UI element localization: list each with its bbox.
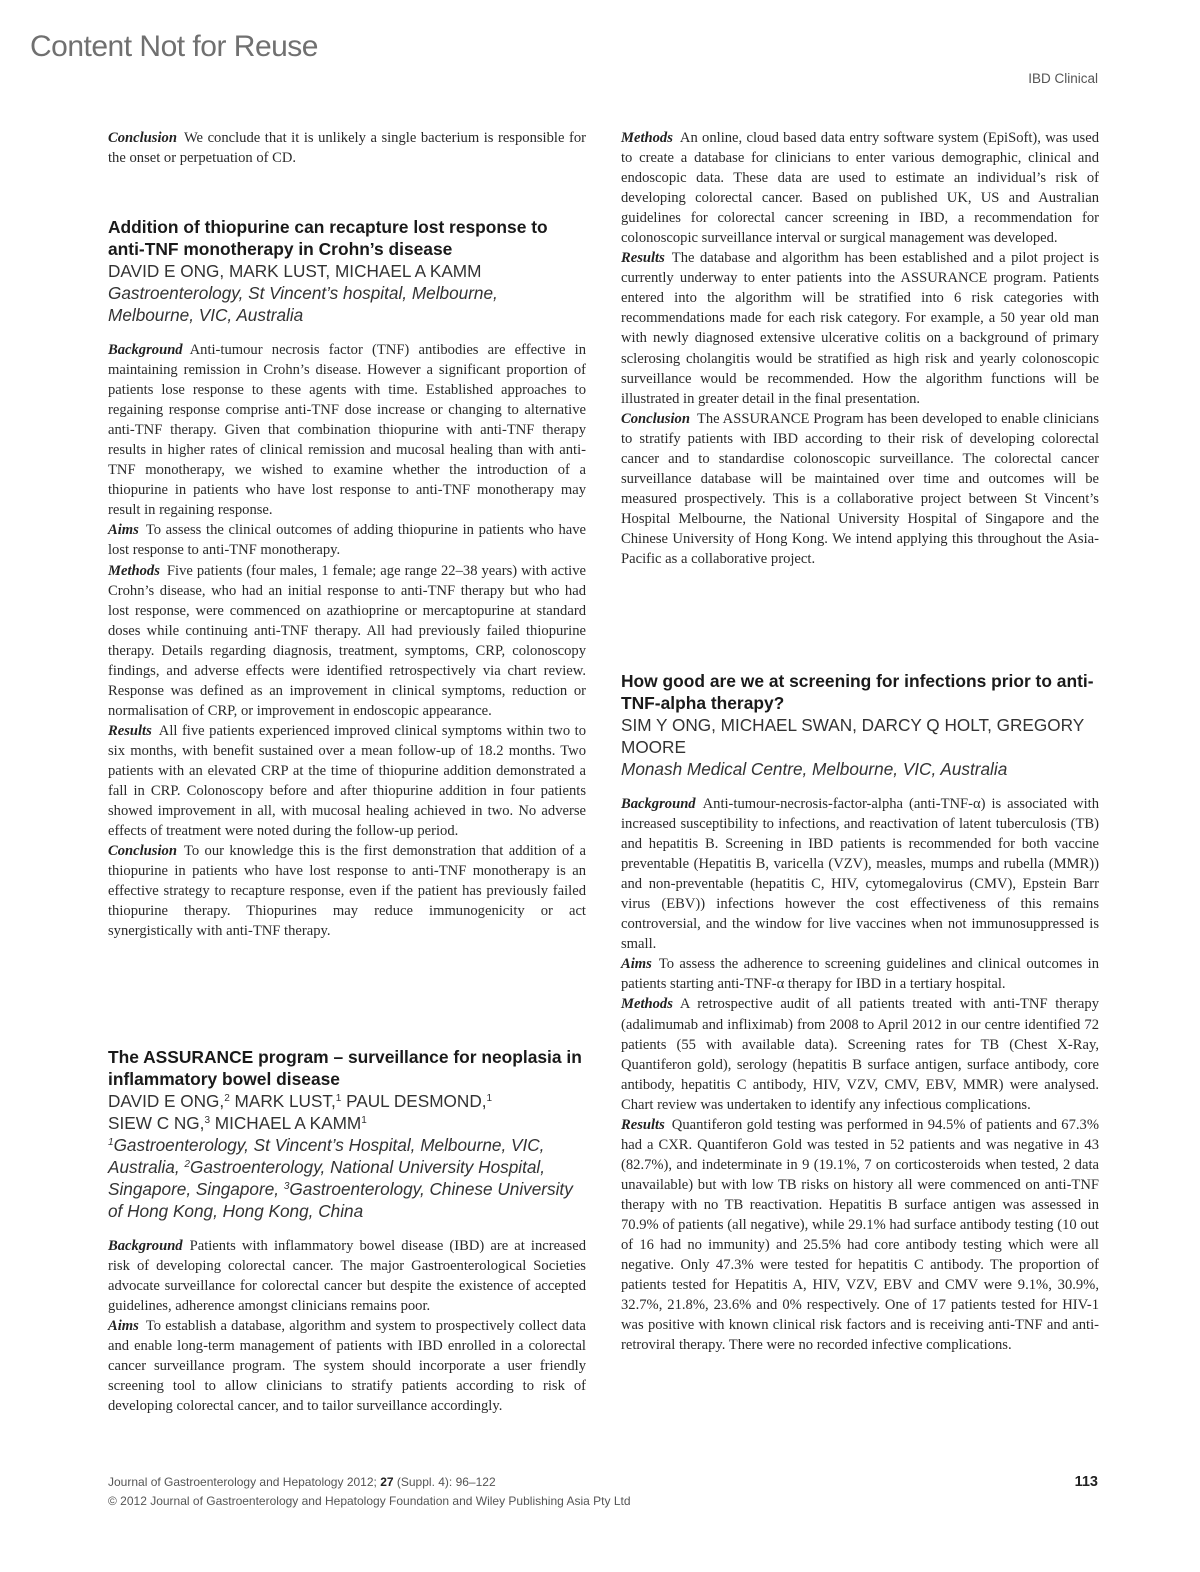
watermark: Content Not for Reuse [30,30,318,64]
section-results: ResultsQuantiferon gold testing was perf… [621,1115,1099,1356]
abstract-affiliation: 1Gastroenterology, St Vincent’s Hospital… [108,1134,586,1222]
section-text: We conclude that it is unlikely a single… [108,130,586,166]
section-results: ResultsThe database and algorithm has be… [621,248,1099,408]
abstract-authors: DAVID E ONG,2 MARK LUST,1 PAUL DESMOND,1… [108,1090,586,1134]
section-background: BackgroundPatients with inflammatory bow… [108,1236,586,1316]
section-methods: MethodsA retrospective audit of all pati… [621,994,1099,1114]
page-footer: Journal of Gastroenterology and Hepatolo… [108,1473,1098,1511]
abstract-title: Addition of thiopurine can recapture los… [108,216,586,260]
copyright-notice: © 2012 Journal of Gastroenterology and H… [108,1492,1098,1511]
abstract-authors: DAVID E ONG, MARK LUST, MICHAEL A KAMM [108,260,586,282]
abstract-assurance-continued: MethodsAn online, cloud based data entry… [621,128,1099,569]
abstract-title: The ASSURANCE program – surveillance for… [108,1046,586,1090]
section-aims: AimsTo assess the adherence to screening… [621,954,1099,994]
page-number: 113 [1075,1473,1098,1492]
section-methods: MethodsAn online, cloud based data entry… [621,128,1099,248]
section-methods: MethodsFive patients (four males, 1 fema… [108,561,586,721]
section-background: BackgroundAnti-tumour necrosis factor (T… [108,340,586,520]
section-results: ResultsAll five patients experienced imp… [108,721,586,841]
section-conclusion: ConclusionTo our knowledge this is the f… [108,841,586,941]
running-head: IBD Clinical [1028,71,1098,86]
carryover-conclusion: ConclusionWe conclude that it is unlikel… [108,128,586,168]
abstract-affiliation: Monash Medical Centre, Melbourne, VIC, A… [621,758,1099,780]
abstract-infection-screening: How good are we at screening for infecti… [621,670,1099,1355]
section-label: Conclusion [108,130,177,146]
abstract-assurance: The ASSURANCE program – surveillance for… [108,1046,586,1416]
abstract-authors: SIM Y ONG, MICHAEL SWAN, DARCY Q HOLT, G… [621,714,1099,758]
abstract-affiliation: Gastroenterology, St Vincent’s hospital,… [108,282,586,326]
section-aims: AimsTo assess the clinical outcomes of a… [108,520,586,560]
section-aims: AimsTo establish a database, algorithm a… [108,1316,586,1416]
journal-citation: Journal of Gastroenterology and Hepatolo… [108,1473,1098,1492]
section-background: BackgroundAnti-tumour-necrosis-factor-al… [621,794,1099,954]
abstract-title: How good are we at screening for infecti… [621,670,1099,714]
section-conclusion: ConclusionThe ASSURANCE Program has been… [621,409,1099,569]
abstract-thiopurine: Addition of thiopurine can recapture los… [108,216,586,941]
